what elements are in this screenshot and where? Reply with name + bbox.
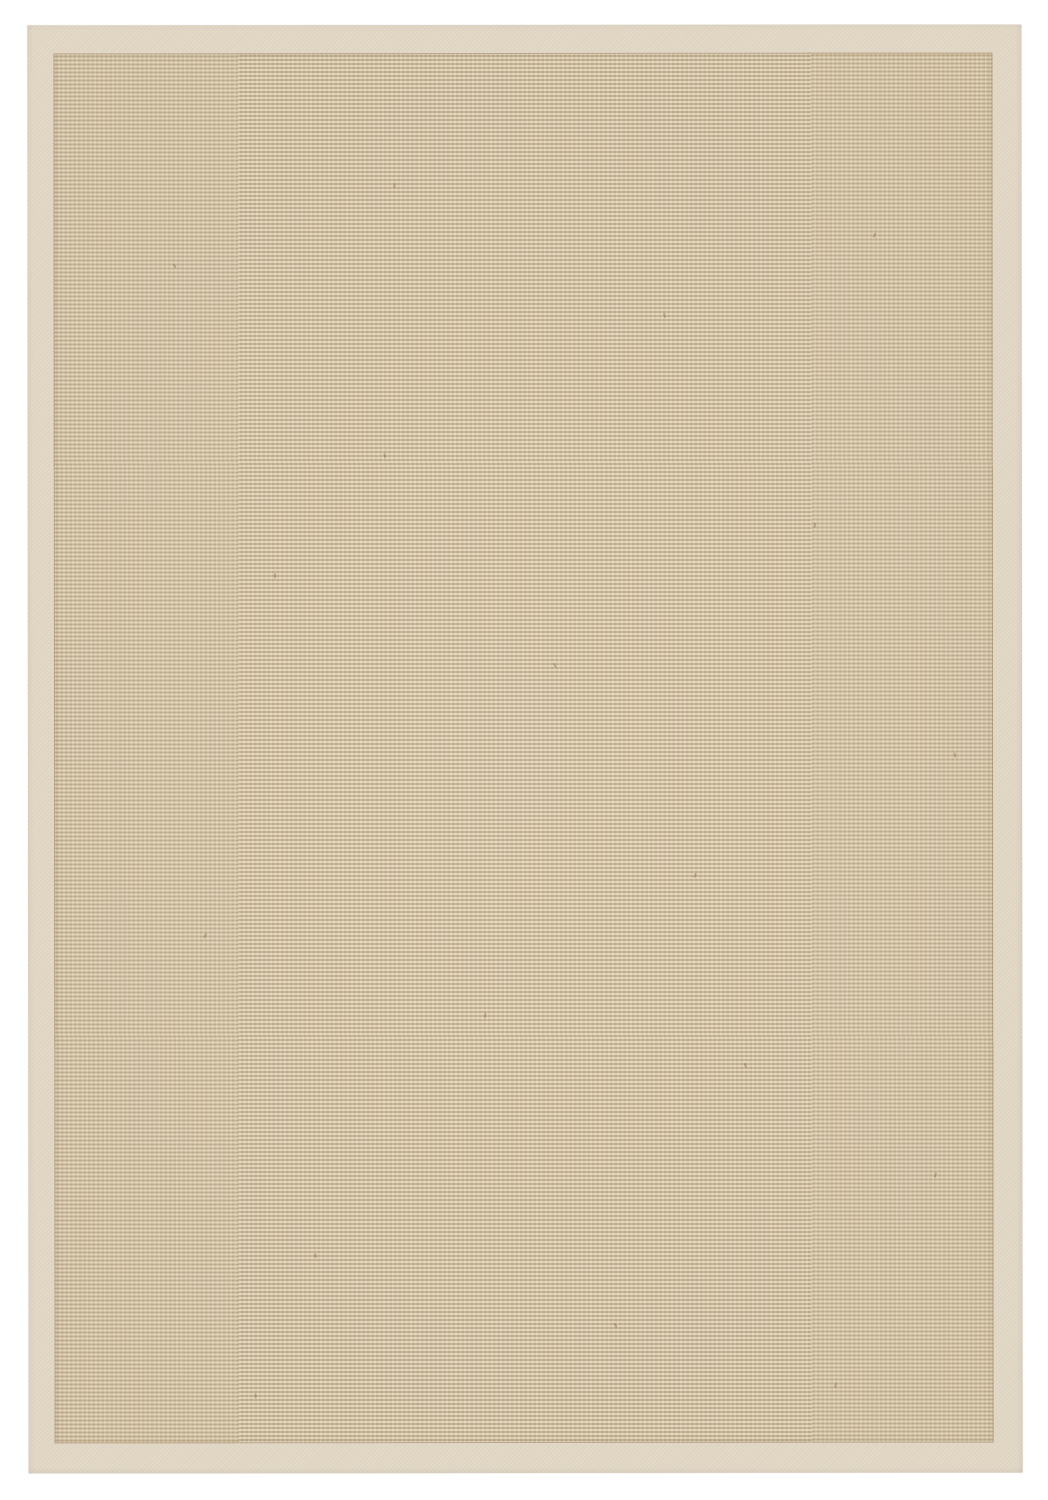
fiber-fleck (934, 1172, 937, 1177)
fiber-fleck (255, 1393, 257, 1398)
fiber-fleck (314, 1253, 317, 1258)
fiber-fleck (383, 453, 386, 458)
fiber-fleck (743, 1063, 747, 1068)
fiber-fleck (613, 1323, 617, 1328)
rug (27, 25, 1022, 1474)
fiber-fleck (873, 233, 877, 238)
fiber-fleck (663, 313, 666, 318)
fiber-fleck (553, 663, 557, 668)
fiber-fleck (393, 183, 396, 188)
fiber-fleck (274, 573, 276, 578)
rug-woven-field (53, 53, 993, 1444)
fiber-fleck (203, 933, 207, 938)
fiber-fleck (484, 1013, 486, 1018)
fiber-fleck (172, 263, 176, 268)
fiber-fleck (834, 1383, 837, 1388)
fiber-fleck (693, 873, 697, 878)
fiber-fleck (813, 523, 816, 528)
fiber-fleck (954, 752, 957, 757)
